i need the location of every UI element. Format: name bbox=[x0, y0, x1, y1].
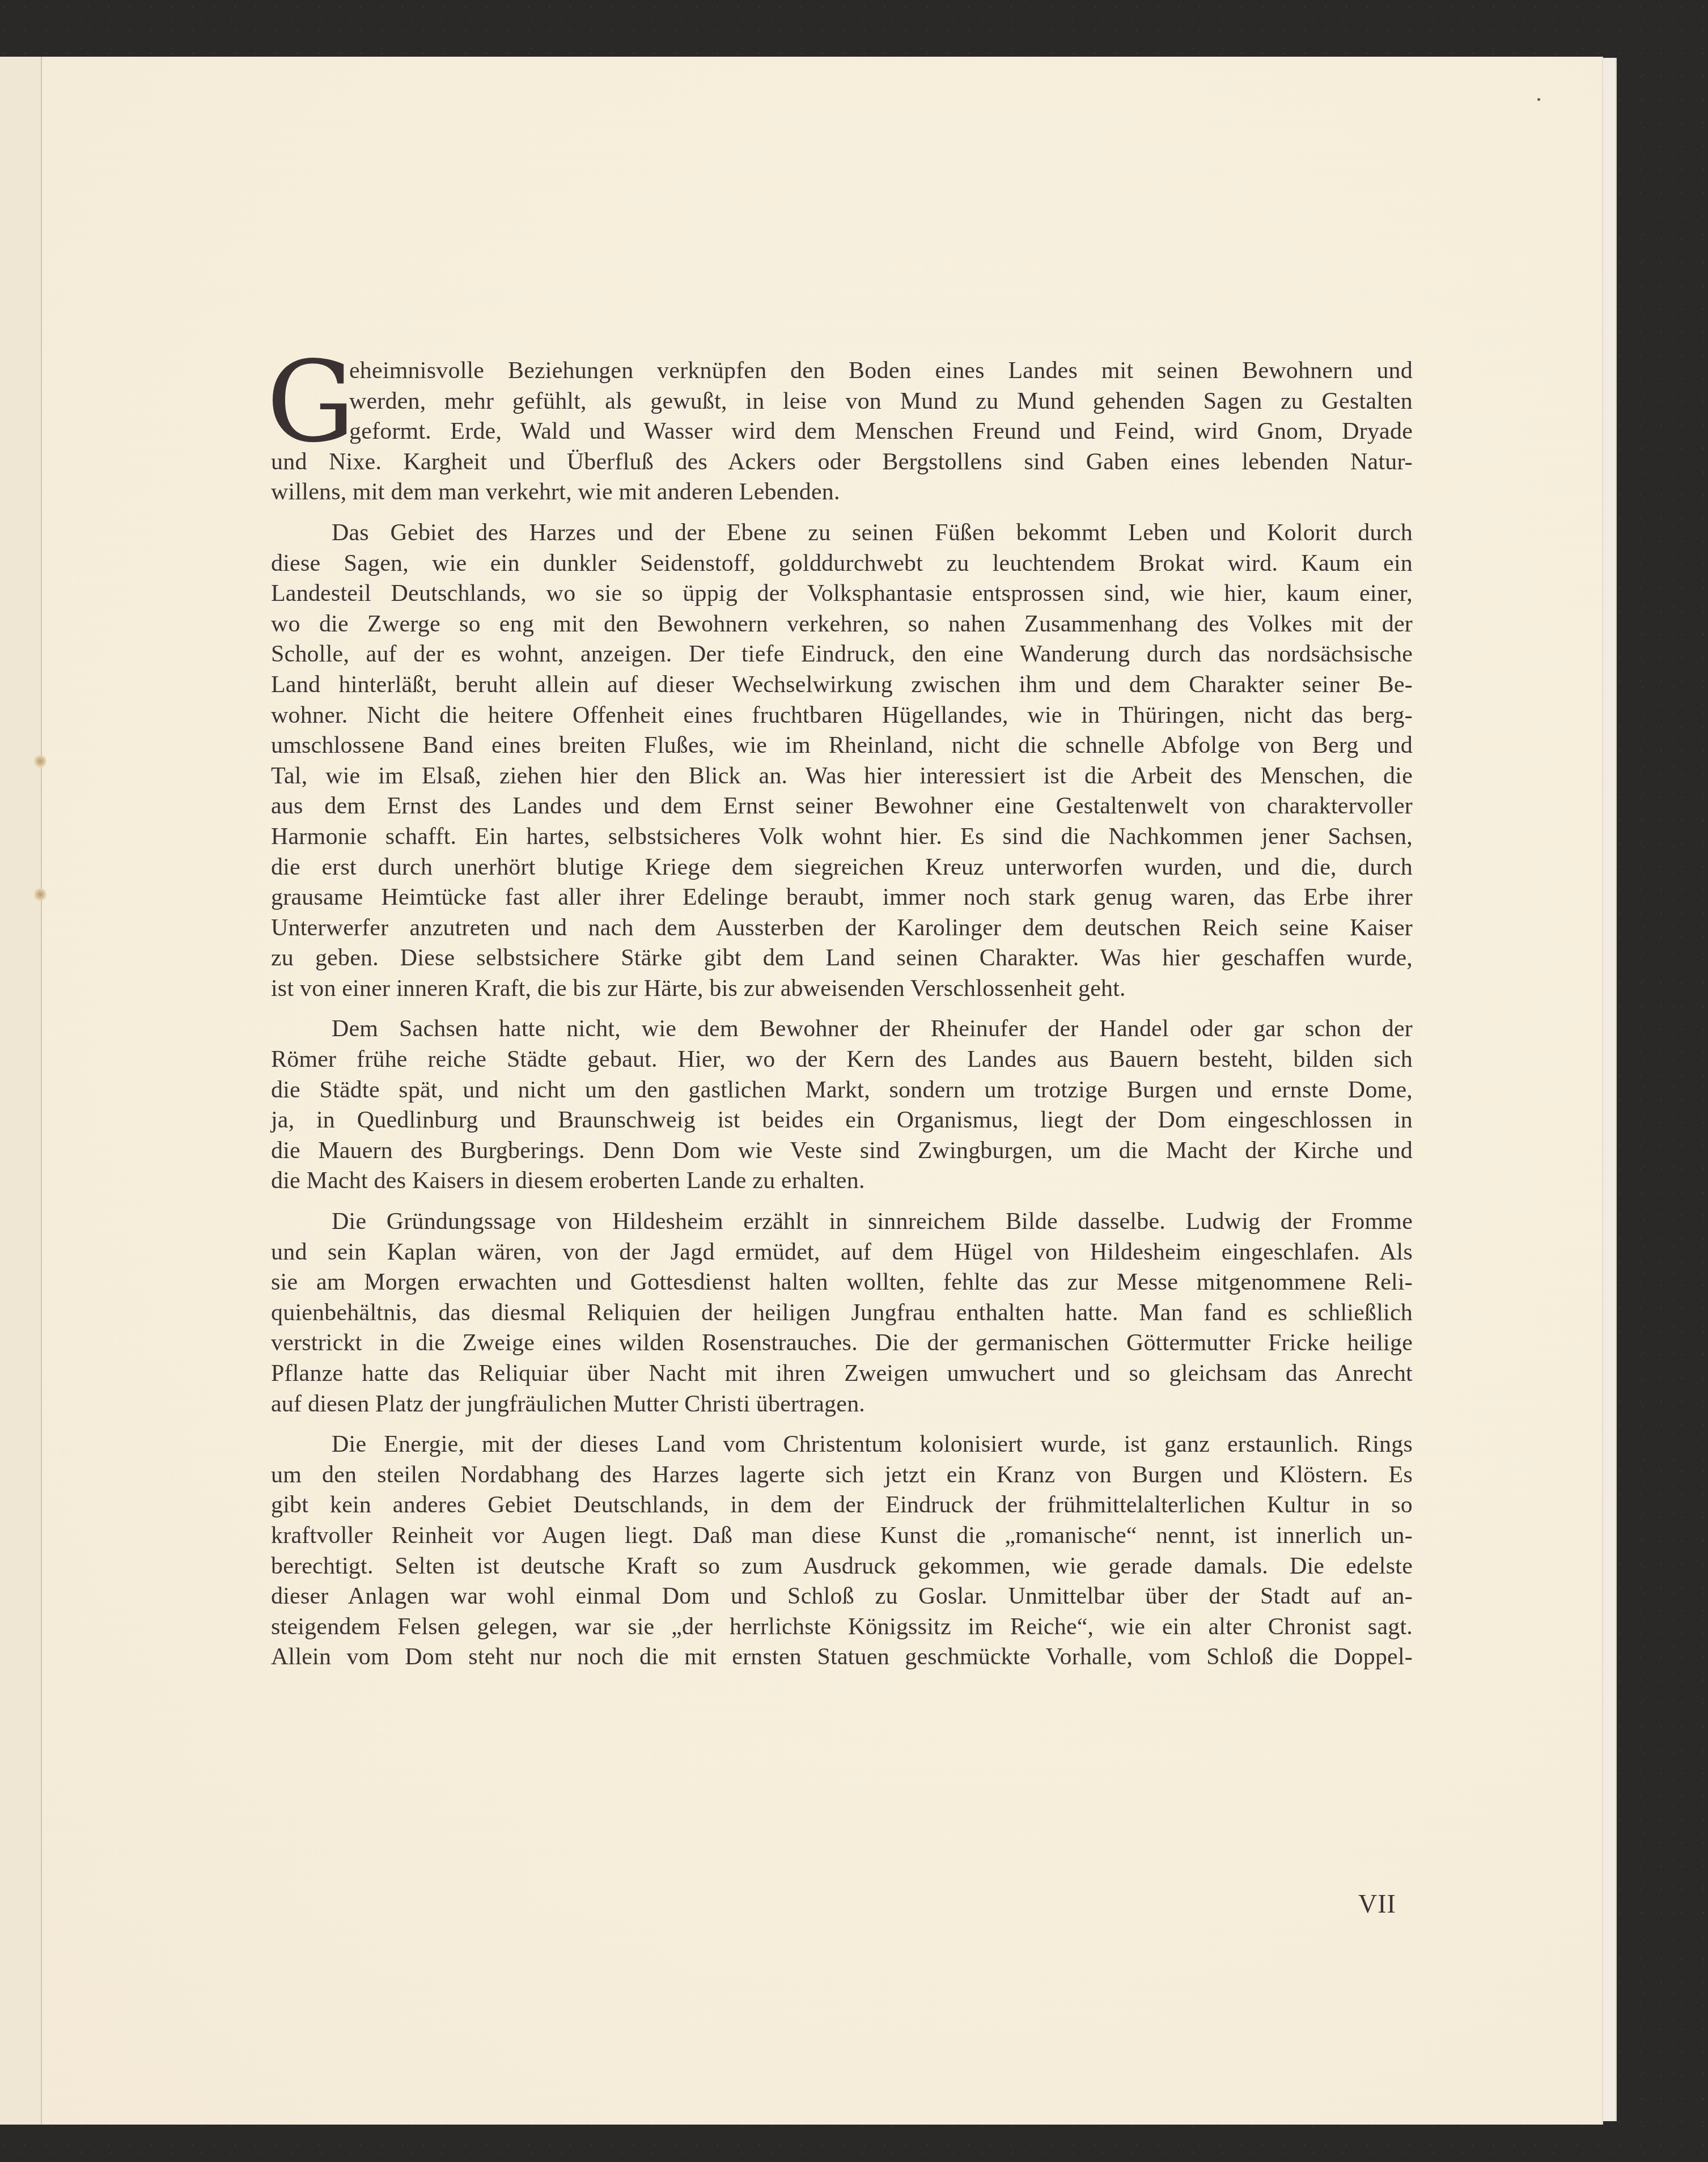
binding-stitch-icon bbox=[34, 754, 46, 769]
text-line: zu geben. Diese selbstsichere Stärke gib… bbox=[271, 943, 1413, 974]
text-line: Dem Sachsen hatte nicht, wie dem Bewohne… bbox=[271, 1014, 1413, 1045]
body-text: G eheimnisvolle Beziehungen verknüpfen d… bbox=[271, 356, 1413, 1683]
text-line: steigendem Felsen gelegen, war sie „der … bbox=[271, 1612, 1413, 1643]
text-line: Unterwerfer anzutreten und nach dem Auss… bbox=[271, 913, 1413, 944]
text-line: Pflanze hatte das Reliquiar über Nacht m… bbox=[271, 1359, 1413, 1389]
text-line: und sein Kaplan wären, von der Jagd ermü… bbox=[271, 1237, 1413, 1268]
text-line: ja, in Quedlinburg und Braunschweig ist … bbox=[271, 1105, 1413, 1136]
text-line: die Macht des Kaisers in diesem eroberte… bbox=[271, 1166, 1413, 1197]
text-line: die Mauern des Burgberings. Denn Dom wie… bbox=[271, 1136, 1413, 1167]
text-line: die Städte spät, und nicht um den gastli… bbox=[271, 1075, 1413, 1106]
text-line: ist von einer inneren Kraft, die bis zur… bbox=[271, 974, 1413, 1004]
text-line: wohner. Nicht die heitere Offenheit eine… bbox=[271, 701, 1413, 731]
text-line: verstrickt in die Zweige eines wilden Ro… bbox=[271, 1328, 1413, 1359]
text-line: Landesteil Deutschlands, wo sie so üppig… bbox=[271, 579, 1413, 609]
text-line: Allein vom Dom steht nur noch die mit er… bbox=[271, 1642, 1413, 1673]
text-line: Land hinterläßt, beruht allein auf diese… bbox=[271, 670, 1413, 701]
text-line: geformt. Erde, Wald und Wasser wird dem … bbox=[271, 417, 1413, 447]
text-line: und Nixe. Kargheit und Überfluß des Acke… bbox=[271, 447, 1413, 478]
text-line: werden, mehr gefühlt, als gewußt, in lei… bbox=[271, 387, 1413, 417]
text-line: Römer frühe reiche Städte gebaut. Hier, … bbox=[271, 1045, 1413, 1075]
page-number: VII bbox=[1358, 1889, 1396, 1919]
text-line: eheimnisvolle Beziehungen verknüpfen den… bbox=[271, 356, 1413, 387]
text-line: kraftvoller Reinheit vor Augen liegt. Da… bbox=[271, 1521, 1413, 1551]
paragraph-3: Dem Sachsen hatte nicht, wie dem Bewohne… bbox=[271, 1014, 1413, 1197]
text-line: wo die Zwerge so eng mit den Bewohnern v… bbox=[271, 609, 1413, 640]
text-line: auf diesen Platz der jungfräulichen Mutt… bbox=[271, 1389, 1413, 1420]
paragraph-5: Die Energie, mit der dieses Land vom Chr… bbox=[271, 1430, 1413, 1673]
text-line: Die Energie, mit der dieses Land vom Chr… bbox=[271, 1430, 1413, 1460]
text-line: aus dem Ernst des Landes und dem Ernst s… bbox=[271, 791, 1413, 822]
text-line: die erst durch unerhört blutige Kriege d… bbox=[271, 853, 1413, 883]
facing-page-strip bbox=[0, 57, 42, 2125]
binding-stitch-icon bbox=[34, 887, 46, 902]
text-line: Tal, wie im Elsaß, ziehen hier den Blick… bbox=[271, 761, 1413, 792]
text-line: umschlossene Band eines breiten Flußes, … bbox=[271, 731, 1413, 761]
text-line: quienbehältnis, das diesmal Reliquien de… bbox=[271, 1298, 1413, 1329]
paragraph-4: Die Gründungssage von Hildesheim erzählt… bbox=[271, 1207, 1413, 1419]
book-page: G eheimnisvolle Beziehungen verknüpfen d… bbox=[0, 57, 1602, 2125]
text-line: Das Gebiet des Harzes und der Ebene zu s… bbox=[271, 518, 1413, 549]
drop-cap: G bbox=[266, 357, 355, 448]
text-line: Harmonie schafft. Ein hartes, selbstsich… bbox=[271, 822, 1413, 853]
text-line: grausame Heimtücke fast aller ihrer Edel… bbox=[271, 883, 1413, 913]
text-line: berechtigt. Selten ist deutsche Kraft so… bbox=[271, 1551, 1413, 1582]
text-line: sie am Morgen erwachten und Gottesdienst… bbox=[271, 1267, 1413, 1298]
text-line: willens, mit dem man verkehrt, wie mit a… bbox=[271, 477, 1413, 508]
text-line: dieser Anlagen war wohl einmal Dom und S… bbox=[271, 1582, 1413, 1612]
paper-speck bbox=[1537, 98, 1540, 101]
text-line: diese Sagen, wie ein dunkler Seidenstoff… bbox=[271, 549, 1413, 579]
paragraph-1: eheimnisvolle Beziehungen verknüpfen den… bbox=[271, 356, 1413, 508]
paragraph-2: Das Gebiet des Harzes und der Ebene zu s… bbox=[271, 518, 1413, 1004]
text-line: Die Gründungssage von Hildesheim erzählt… bbox=[271, 1207, 1413, 1237]
text-line: Scholle, auf der es wohnt, anzeigen. Der… bbox=[271, 639, 1413, 670]
text-line: gibt kein anderes Gebiet Deutschlands, i… bbox=[271, 1490, 1413, 1521]
text-line: um den steilen Nordabhang des Harzes lag… bbox=[271, 1460, 1413, 1491]
